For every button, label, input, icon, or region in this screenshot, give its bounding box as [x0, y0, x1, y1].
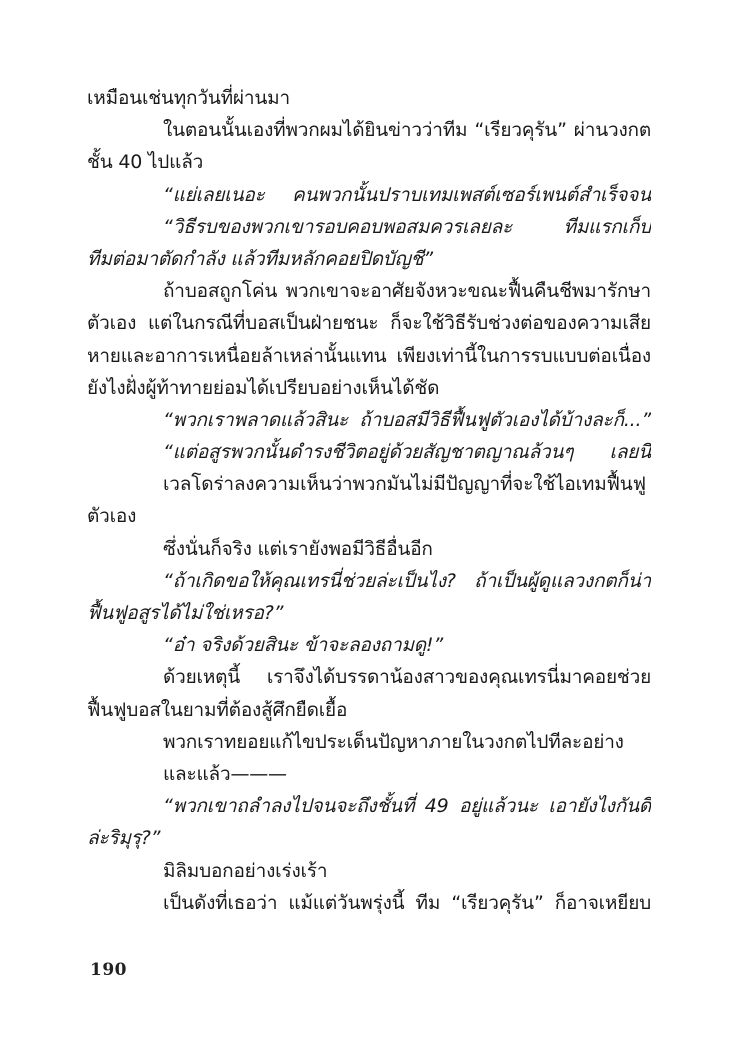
text-line: ล่ะริมุรุ?” [87, 822, 651, 854]
text-line: “พวกเราพลาดแล้วสินะ ถ้าบอสมีวิธีฟื้นฟูตั… [87, 404, 651, 436]
text-line: ตัวเอง แต่ในกรณีที่บอสเป็นฝ่ายชนะ ก็จะใช… [87, 307, 651, 339]
text-line: หายและอาการเหนื่อยล้าเหล่านั้นแทน เพียงเ… [87, 340, 651, 372]
text-line: “วิธีรบของพวกเขารอบคอบพอสมควรเลยละ ทีมแร… [87, 211, 651, 243]
text-line: “อ๋า จริงด้วยสินะ ข้าจะลองถามดู!” [87, 629, 651, 661]
text-line: พวกเราทยอยแก้ไขประเด็นปัญหาภายในวงกตไปที… [87, 726, 651, 758]
text-line: ซึ่งนั่นก็จริง แต่เรายังพอมีวิธีอื่นอีก [87, 533, 651, 565]
text-line: ชั้น 40 ไปแล้ว [87, 146, 651, 178]
text-line: “แย่เลยเนอะ คนพวกนั้นปราบเทมเพสต์เซอร์เพ… [87, 179, 651, 211]
text-line: ยังไงฝั่งผู้ท้าทายย่อมได้เปรียบอย่างเห็น… [87, 372, 651, 404]
text-line: ฟื้นฟูบอสในยามที่ต้องสู้ศึกยืดเยื้อ [87, 694, 651, 726]
text-line: ฟื้นฟูอสูรได้ไม่ใช่เหรอ?” [87, 597, 651, 629]
text-line: และแล้ว——— [87, 758, 651, 790]
text-line: “พวกเขาถลำลงไปจนจะถึงชั้นที่ 49 อยู่แล้ว… [87, 790, 651, 822]
text-line: เหมือนเช่นทุกวันที่ผ่านมา [87, 82, 651, 114]
text-line: “ถ้าเกิดขอให้คุณเทรนี่ช่วยล่ะเป็นไง? ถ้า… [87, 565, 651, 597]
text-line: ในตอนนั้นเองที่พวกผมได้ยินข่าวว่าทีม “เร… [87, 114, 651, 146]
text-line: ด้วยเหตุนี้ เราจึงได้บรรดาน้องสาวของคุณเ… [87, 661, 651, 693]
text-line: ถ้าบอสถูกโค่น พวกเขาจะอาศัยจังหวะขณะฟื้น… [87, 275, 651, 307]
text-line: ตัวเอง [87, 500, 651, 532]
text-line: “แต่อสูรพวกนั้นดำรงชีวิตอยู่ด้วยสัญชาตญา… [87, 436, 651, 468]
text-line: เป็นดังที่เธอว่า แม้แต่วันพรุ่งนี้ ทีม “… [87, 887, 651, 919]
text-line: มิลิมบอกอย่างเร่งเร้า [87, 855, 651, 887]
page-body: เหมือนเช่นทุกวันที่ผ่านมา ในตอนนั้นเองที… [87, 82, 651, 919]
text-line: ทีมต่อมาตัดกำลัง แล้วทีมหลักคอยปิดบัญชี” [87, 243, 651, 275]
text-line: เวลโดร่าลงความเห็นว่าพวกมันไม่มีปัญญาที่… [87, 468, 651, 500]
page-number: 190 [90, 960, 127, 980]
